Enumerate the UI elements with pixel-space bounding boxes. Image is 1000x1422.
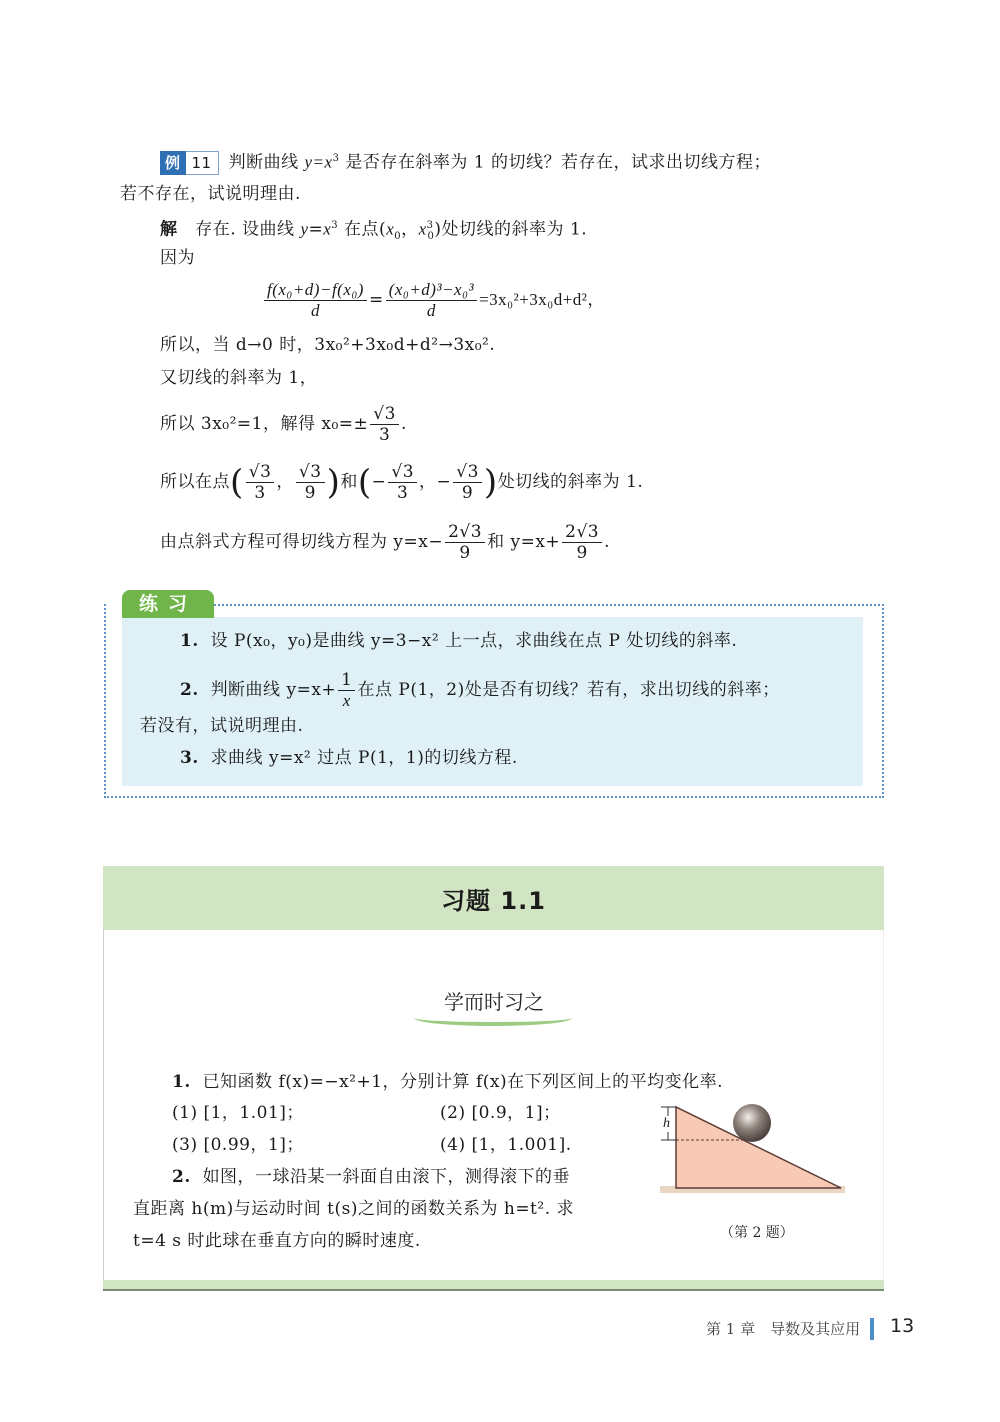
because-label: 因为 xyxy=(160,246,195,270)
figure-h-label: h xyxy=(663,1116,670,1132)
exercise-section-footer-bar xyxy=(103,1280,884,1291)
exercise-q1-part2: (2) [0.9，1]； xyxy=(440,1101,561,1125)
exercise-q2-line1: 2. 如图，一球沿某一斜面自由滚下，测得滚下的垂 xyxy=(172,1165,570,1189)
limit-line: 所以，当 d→0 时，3x₀²+3x₀d+d²→3x₀². xyxy=(160,333,495,357)
exercise-q1: 1. 已知函数 f(x)=−x²+1，分别计算 f(x)在下列区间上的平均变化率… xyxy=(172,1070,723,1094)
exercise-section-header: 习题 1.1 xyxy=(103,866,884,930)
page-number: 13 xyxy=(890,1315,914,1337)
exercise-q1-part1: (1) [1，1.01]； xyxy=(172,1101,304,1125)
practice-tab: 练习 xyxy=(122,590,214,618)
example-label: 例 11 xyxy=(160,151,219,175)
practice-item-2: 2. 判断曲线 y=x+1x在点 P(1，2)处是否有切线？若有，求出切线的斜率… xyxy=(180,670,780,711)
practice-item-3: 3. 求曲线 y=x² 过点 P(1，1)的切线方程. xyxy=(180,746,518,770)
practice-box-top-border xyxy=(214,604,884,606)
subsection-title: 学而时习之 xyxy=(416,986,572,1015)
exercise-section-title: 习题 1.1 xyxy=(441,881,546,916)
solve-line: 所以 3x₀²=1，解得 x₀=±√33. xyxy=(160,404,407,445)
tangent-equation-line: 由点斜式方程可得切线方程为 y=x−2√39和 y=x+2√39. xyxy=(160,522,610,563)
solution-label: 解 xyxy=(160,220,178,240)
tangent-points-line: 所以在点(√33，√39)和(−√33，−√39)处切线的斜率为 1. xyxy=(160,462,643,503)
exercise-q1-part3: (3) [0.99，1]； xyxy=(172,1133,304,1157)
practice-item-2-continued: 若没有，试说明理由. xyxy=(140,714,303,738)
exercise-q2-line2: 直距离 h(m)与运动时间 t(s)之间的函数关系为 h=t². 求 xyxy=(133,1197,574,1221)
exercise-q1-part4: (4) [1，1.001]. xyxy=(440,1133,572,1157)
footer-divider xyxy=(870,1318,874,1340)
slope-line: 又切线的斜率为 1， xyxy=(160,366,317,390)
figure-caption: （第 2 题） xyxy=(720,1222,794,1242)
example-problem-line2: 若不存在，试说明理由. xyxy=(120,182,301,206)
example-problem-line1: 例 11 判断曲线 y=x3 是否存在斜率为 1 的切线？若存在，试求出切线方程… xyxy=(160,147,771,175)
incline-ball-figure xyxy=(655,1100,855,1205)
practice-item-1: 1. 设 P(x₀，y₀)是曲线 y=3−x² 上一点，求曲线在点 P 处切线的… xyxy=(180,629,737,653)
solution-line1: 解 存在. 设曲线 y=x3 在点(x0，x30)处切线的斜率为 1. xyxy=(160,214,587,249)
exercise-q2-line3: t=4 s 时此球在垂直方向的瞬时速度. xyxy=(133,1229,421,1253)
chapter-footer: 第 1 章 导数及其应用 xyxy=(706,1318,860,1339)
difference-quotient-equation: f(x₀+d)−f(x₀)d=(x₀+d)³−x₀³d=3x₀²+3x₀d+d²… xyxy=(262,280,605,321)
